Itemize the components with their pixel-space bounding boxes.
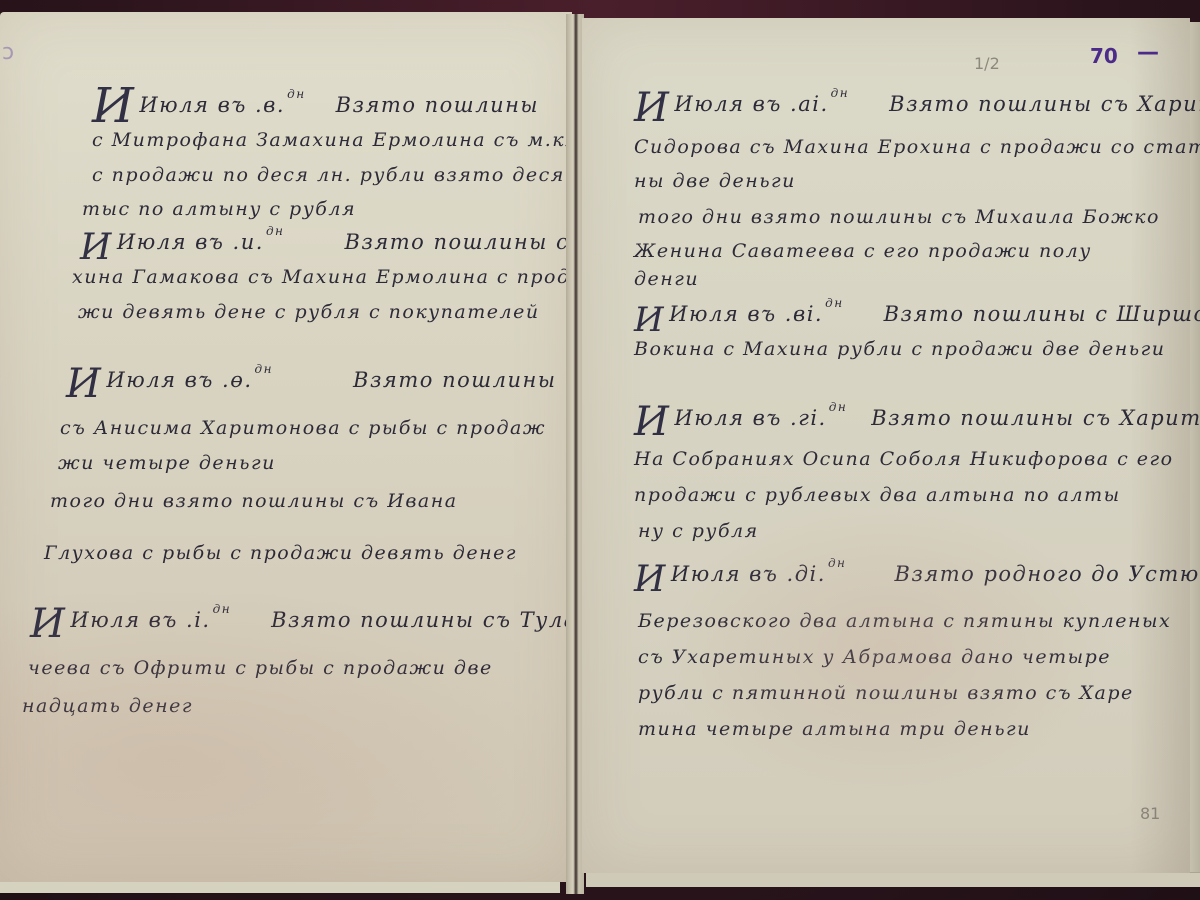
text-line: Березовского два алтына с пятины куплены… bbox=[638, 610, 1171, 632]
text-line: с продажи по деся лн. рубли взято десять bbox=[92, 164, 596, 186]
text-line: надцать денег bbox=[22, 695, 193, 717]
entry-heading: ИИюля въ .гі.днВзято пошлины съ Харитона bbox=[634, 400, 1200, 442]
entry-heading: ИИюля въ .ді.днВзято родного до Устюга bbox=[634, 556, 1200, 598]
initial-letter: И bbox=[634, 85, 670, 131]
text-line: с Митрофана Замахина Ермолина съ м.кладь bbox=[92, 129, 617, 151]
text-line: того дни взято пошлины съ Ивана bbox=[50, 490, 458, 512]
text-line: Вокина с Махина рубли с продажи две день… bbox=[634, 338, 1165, 360]
text-line: Сидорова съ Махина Ерохина с продажи со … bbox=[634, 136, 1200, 158]
text-line: чеева съ Офрити с рыбы с продажи две bbox=[28, 657, 493, 679]
text-line: жи девять дене с рубля с покупателей bbox=[78, 301, 540, 323]
left-page: ɔ ИИюля въ .в.днВзято пошлины с Митрофан… bbox=[0, 12, 572, 882]
text-line: Женина Саватеева с его продажи полу bbox=[634, 240, 1092, 262]
text-line: съ Ухаретиных у Абрамова дано четыре bbox=[638, 646, 1111, 668]
text-line: продажи с рублевых два алтына по алты bbox=[634, 484, 1121, 506]
initial-letter: И bbox=[92, 78, 135, 134]
initial-letter: И bbox=[80, 227, 113, 268]
entry-heading: ИИюля въ .в.днВзято пошлины bbox=[92, 82, 539, 130]
entry-heading: ИИюля въ .аі.днВзято пошлины съ Харитона bbox=[634, 86, 1200, 128]
pencil-mark-bottom: 81 bbox=[1140, 804, 1160, 823]
right-page: 70 — 1/2 81 ИИюля въ .аі.днВзято пошлины… bbox=[582, 18, 1190, 873]
text-line: хина Гамакова съ Махина Ермолина с прода… bbox=[72, 266, 606, 288]
initial-letter: И bbox=[634, 300, 665, 340]
entry-heading: ИИюля въ .i.днВзято пошлины съ Тула bbox=[30, 602, 578, 644]
text-line: съ Анисима Харитонова с рыбы с продаж bbox=[60, 417, 546, 439]
initial-letter: И bbox=[66, 361, 102, 407]
text-line: того дни взято пошлины съ Михаила Божко bbox=[638, 206, 1160, 228]
text-line: ну с рубля bbox=[638, 520, 759, 542]
initial-letter: И bbox=[30, 601, 66, 647]
text-line: жи четыре деньги bbox=[58, 452, 276, 474]
text-line: Глухова с рыбы с продажи девять денег bbox=[44, 542, 517, 564]
pencil-mark: 1/2 bbox=[974, 54, 1000, 73]
initial-letter: И bbox=[634, 399, 670, 445]
initial-letter: И bbox=[634, 559, 667, 600]
folio-number: 70 bbox=[1090, 44, 1118, 68]
text-line: тыс по алтыну с рубля bbox=[82, 198, 356, 220]
text-line: ны две деньги bbox=[634, 170, 796, 192]
corner-mark: ɔ bbox=[2, 40, 14, 65]
text-line: тина четыре алтына три деньги bbox=[638, 718, 1031, 740]
entry-heading: ИИюля въ .ɵ.днВзято пошлины bbox=[66, 362, 556, 404]
text-line: На Собраниях Осипа Соболя Никифорова с е… bbox=[634, 448, 1174, 470]
right-page-underlayer bbox=[586, 872, 1200, 887]
folio-dash: — bbox=[1137, 40, 1159, 65]
entry-heading: ИИюля въ .ві.днВзято пошлины с Ширшова bbox=[634, 296, 1200, 337]
text-line: рубли с пятинной пошлины взято съ Харе bbox=[638, 682, 1134, 704]
text-line: денги bbox=[634, 268, 699, 290]
